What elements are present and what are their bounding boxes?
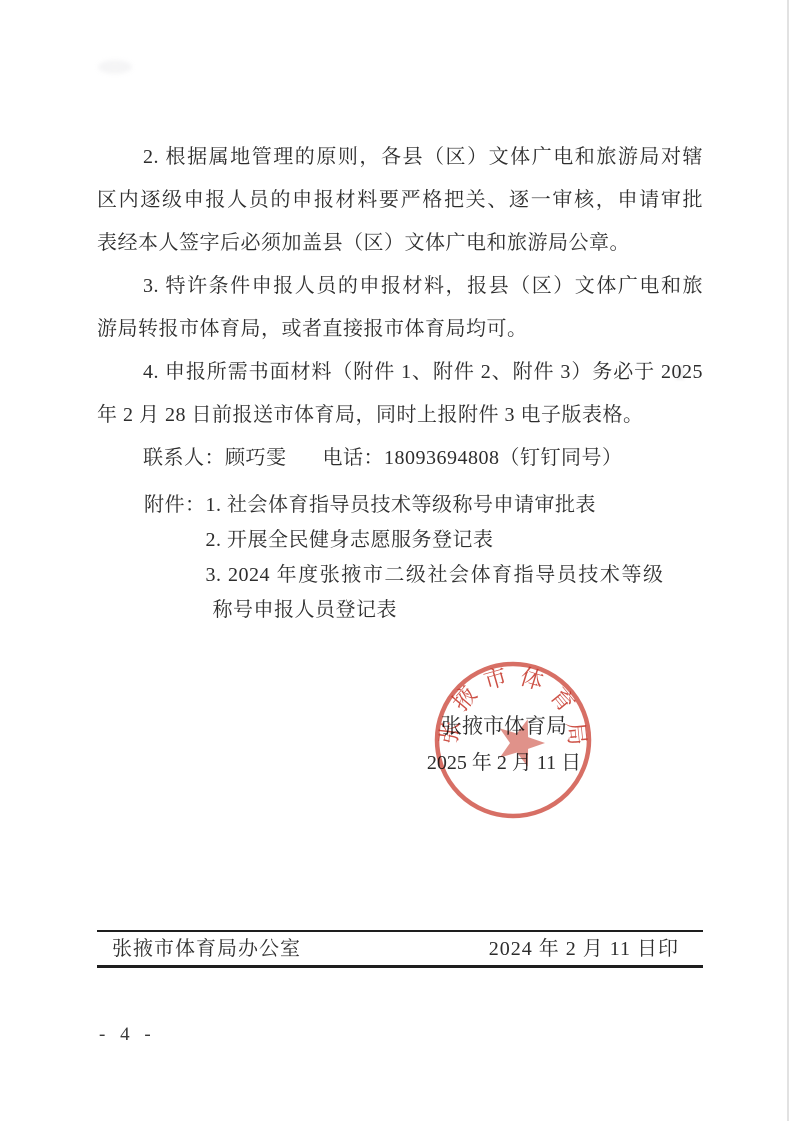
paragraph-2-line-2: 区内逐级申报人员的申报材料要严格把关、逐一审核，申请审批 [97,179,703,222]
contact-line: 联系人：顾巧雯 电话：18093694808（钉钉同号） [97,437,703,480]
scan-smudge [98,60,132,74]
paragraph-2-line-1: 2. 根据属地管理的原则，各县（区）文体广电和旅游局对辖 [97,136,703,179]
paragraph-4-line-1: 4. 申报所需书面材料（附件 1、附件 2、附件 3）务必于 2025 [97,351,703,394]
signature-block: 张掖市体育局 2025 年 2 月 11 日 [413,708,595,782]
paragraph-3-line-2: 游局转报市体育局，或者直接报市体育局均可。 [97,308,703,351]
footer-bar: 张掖市体育局办公室 2024 年 2 月 11 日印 [97,930,703,968]
attachment-item-1: 1. 社会体育指导员技术等级称号申请审批表 [206,488,664,523]
footer-print-date: 2024 年 2 月 11 日印 [489,932,679,961]
document-page: 2. 根据属地管理的原则，各县（区）文体广电和旅游局对辖 区内逐级申报人员的申报… [0,0,793,1121]
page-number: - 4 - [99,1024,156,1046]
paragraph-4-line-2: 年 2 月 28 日前报送市体育局，同时上报附件 3 电子版表格。 [97,394,703,437]
paragraph-3-line-1: 3. 特许条件申报人员的申报材料，报县（区）文体广电和旅 [97,265,703,308]
attachments-label: 附件： [97,488,206,523]
contact-phone: 电话：18093694808（钉钉同号） [323,437,623,480]
paragraph-2-line-3: 表经本人签字后必须加盖县（区）文体广电和旅游局公章。 [97,222,703,265]
signature-org: 张掖市体育局 [413,708,595,745]
footer-office: 张掖市体育局办公室 [112,932,301,961]
signature-date: 2025 年 2 月 11 日 [413,745,595,782]
contact-person: 联系人：顾巧雯 [143,437,287,480]
attachment-item-2: 2. 开展全民健身志愿服务登记表 [206,523,664,558]
scan-edge-shadow [787,0,789,1121]
attachment-item-3: 3. 2024 年度张掖市二级社会体育指导员技术等级称号申报人员登记表 [206,558,664,628]
body-text: 2. 根据属地管理的原则，各县（区）文体广电和旅游局对辖 区内逐级申报人员的申报… [97,136,703,480]
attachments-block: 附件： 1. 社会体育指导员技术等级称号申请审批表 2. 开展全民健身志愿服务登… [97,488,703,628]
attachments-list: 1. 社会体育指导员技术等级称号申请审批表 2. 开展全民健身志愿服务登记表 3… [206,488,664,628]
